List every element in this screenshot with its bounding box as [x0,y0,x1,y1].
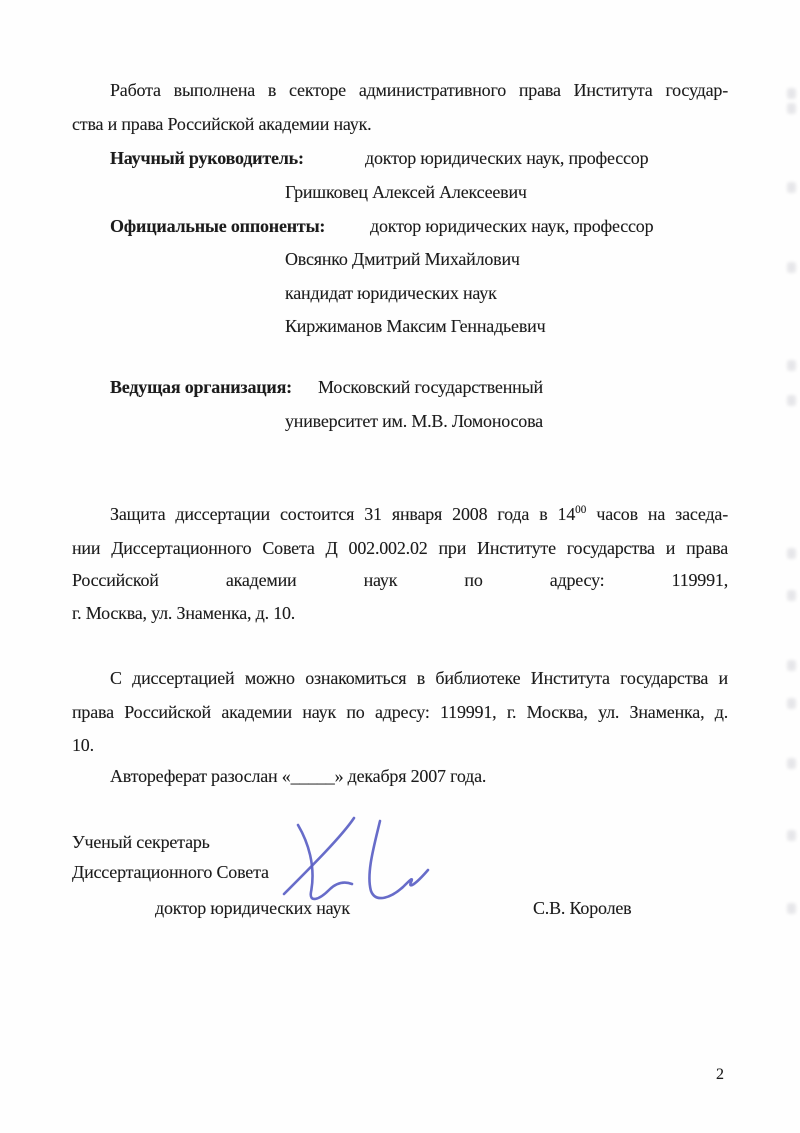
leading-org-label: Ведущая организация: [110,377,292,398]
scan-artifact [787,262,796,273]
work-paragraph-line2: ства и права Российской академии наук. [72,114,728,135]
leading-org-line2: университет им. М.В. Ломоносова [285,411,543,432]
defense-hours-superscript: 00 [575,504,586,516]
scan-artifact [787,758,796,769]
scan-artifact [787,103,796,114]
defense-line2: нии Диссертационного Совета Д 002.002.02… [72,538,728,559]
secretary-degree: доктор юридических наук [155,898,350,919]
supervisor-label: Научный руководитель: [110,148,304,169]
scan-artifact [787,88,796,99]
secretary-title-line1: Ученый секретарь [72,832,210,853]
scan-artifact [787,590,796,601]
secretary-name: С.В. Королев [533,898,631,919]
scan-artifact [787,698,796,709]
defense-line1-post: часов на заседа- [586,504,728,524]
leading-org-line1: Московский государственный [318,377,543,398]
work-paragraph-line1: Работа выполнена в секторе административ… [72,80,728,101]
scan-artifact [787,395,796,406]
scan-artifact [787,903,796,914]
scan-artifact [787,548,796,559]
opponents-label: Официальные оппоненты: [110,216,325,237]
library-line1: С диссертацией можно ознакомиться в библ… [72,668,728,689]
defense-line1-pre: Защита диссертации состоится 31 января 2… [110,504,575,524]
supervisor-degree: доктор юридических наук, профессор [365,148,648,169]
document-page: Работа выполнена в секторе административ… [0,0,800,1133]
scan-artifact [787,360,796,371]
scan-artifact [787,660,796,671]
secretary-title-line2: Диссертационного Совета [72,862,269,883]
mailed-line: Автореферат разослан «_____» декабря 200… [110,766,486,787]
opponent1-degree: доктор юридических наук, профессор [370,216,653,237]
defense-line3: Российской академии наук по адресу: 1199… [72,570,728,591]
opponent2-degree: кандидат юридических наук [285,283,497,304]
scan-artifact [787,830,796,841]
defense-line1: Защита диссертации состоится 31 января 2… [72,504,728,525]
scan-artifact [787,182,796,193]
library-line2: права Российской академии наук по адресу… [72,702,728,723]
signature-ink [258,812,436,907]
page-number: 2 [716,1066,724,1084]
supervisor-name: Гришковец Алексей Алексеевич [285,182,527,203]
opponent1-name: Овсянко Дмитрий Михайлович [285,249,520,270]
defense-line4: г. Москва, ул. Знаменка, д. 10. [72,603,728,624]
library-line3: 10. [72,735,728,756]
opponent2-name: Киржиманов Максим Геннадьевич [285,316,545,337]
